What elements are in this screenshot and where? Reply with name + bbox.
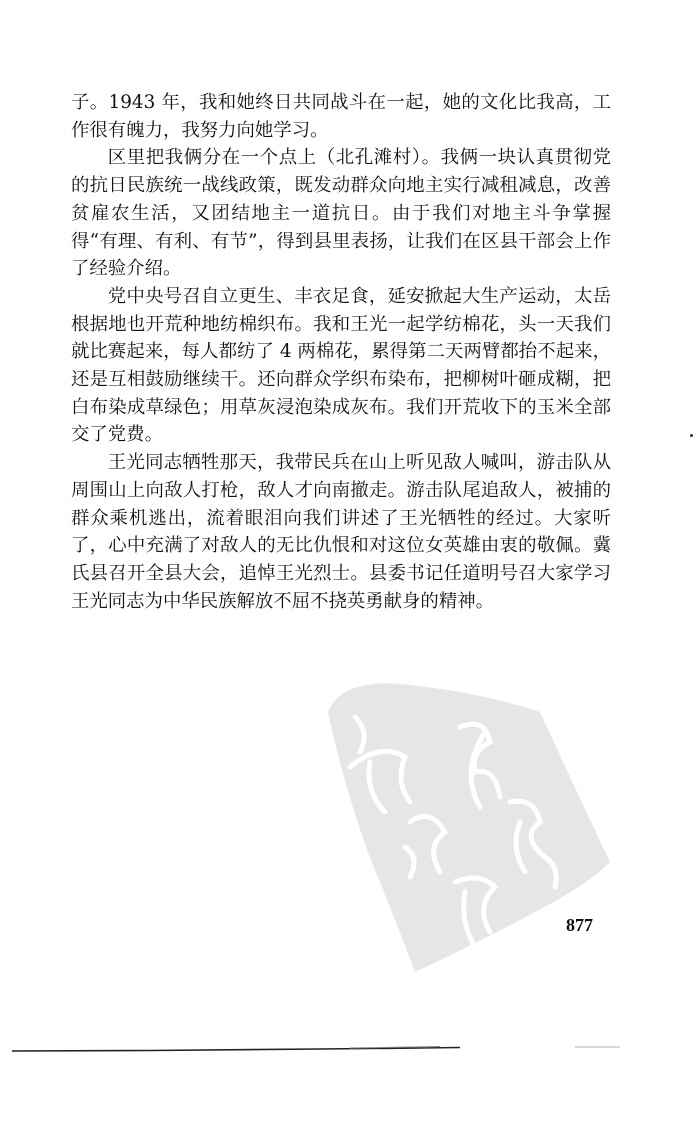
- paragraph-2: 区里把我俩分在一个点上（北孔滩村）。我俩一块认真贯彻党的抗日民族统一战线政策，既…: [71, 144, 611, 283]
- book-page: 子。1943 年，我和她终日共同战斗在一起，她的文化比我高，工作很有魄力，我努力…: [0, 0, 700, 1137]
- paragraph-1: 子。1943 年，我和她终日共同战斗在一起，她的文化比我高，工作很有魄力，我努力…: [71, 89, 611, 144]
- paragraph-4: 王光同志牺牲那天，我带民兵在山上听见敌人喊叫，游击队从周围山上向敌人打枪，敌人才…: [71, 449, 611, 615]
- scan-speck: [690, 434, 693, 437]
- seal-watermark-icon: [310, 672, 610, 992]
- paragraph-3: 党中央号召自立更生、丰衣足食，延安掀起大生产运动，太岳根据地也开荒种地纺棉织布。…: [71, 283, 611, 449]
- scan-edge-line: [0, 1040, 700, 1056]
- body-text: 子。1943 年，我和她终日共同战斗在一起，她的文化比我高，工作很有魄力，我努力…: [71, 89, 611, 615]
- page-number: 877: [566, 915, 593, 936]
